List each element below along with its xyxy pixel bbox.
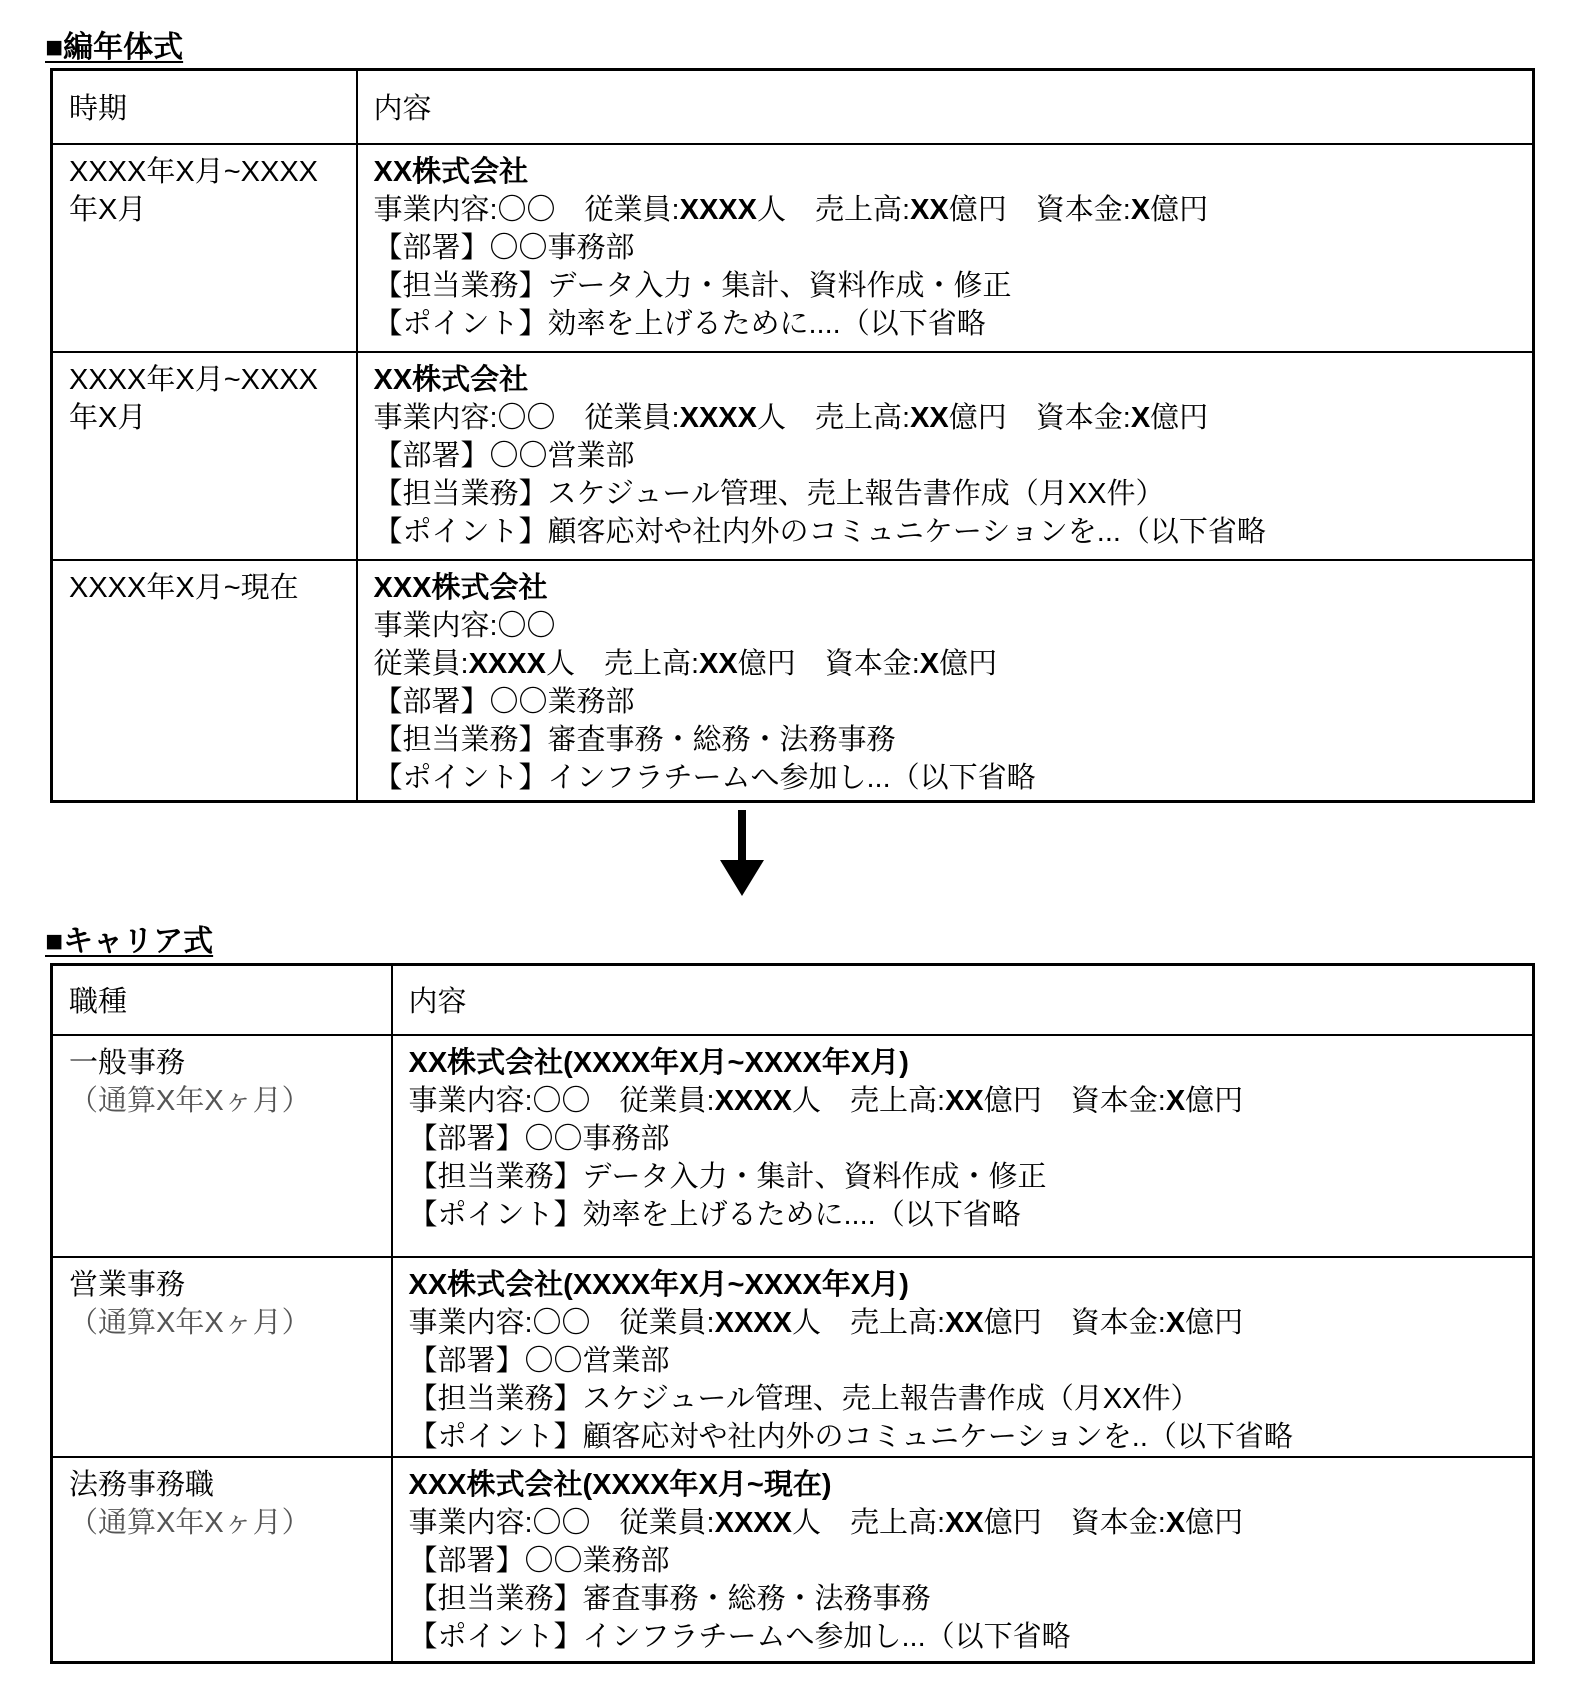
- content-cell: XX株式会社事業内容:〇〇 従業員:XXXX人 売上高:XX億円 資本金:X億円…: [357, 352, 1534, 560]
- content-line: 事業内容:〇〇 従業員:XXXX人 売上高:XX億円 資本金:X億円: [374, 191, 1523, 229]
- content-line: XXX株式会社(XXXX年X月~現在): [409, 1466, 1523, 1504]
- content-line: 事業内容:〇〇 従業員:XXXX人 売上高:XX億円 資本金:X億円: [409, 1304, 1523, 1342]
- table-row: 営業事務（通算X年Xヶ月）XX株式会社(XXXX年X月~XXXX年X月)事業内容…: [52, 1257, 1534, 1457]
- content-line: 従業員:XXXX人 売上高:XX億円 資本金:X億円: [374, 645, 1523, 683]
- content-cell: XXX株式会社事業内容:〇〇従業員:XXXX人 売上高:XX億円 資本金:X億円…: [357, 560, 1534, 802]
- period-cell: XXXX年X月~XXXX年X月: [52, 144, 357, 352]
- content-line: 【部署】〇〇営業部: [374, 437, 1523, 475]
- content-line: 【部署】〇〇事務部: [374, 229, 1523, 267]
- table-row: XXXX年X月~XXXX年X月XX株式会社事業内容:〇〇 従業員:XXXX人 売…: [52, 144, 1534, 352]
- content-line: 【ポイント】インフラチームへ参加し...（以下省略: [374, 759, 1523, 797]
- content-line: 【ポイント】インフラチームへ参加し...（以下省略: [409, 1618, 1523, 1656]
- content-line: 【担当業務】スケジュール管理、売上報告書作成（月XX件）: [374, 475, 1523, 513]
- content-line: 事業内容:〇〇 従業員:XXXX人 売上高:XX億円 資本金:X億円: [374, 399, 1523, 437]
- content-line: 【担当業務】審査事務・総務・法務事務: [374, 721, 1523, 759]
- tenure-label: （通算X年Xヶ月）: [69, 1082, 381, 1120]
- header-row: 時期内容: [52, 70, 1534, 144]
- table-row: XXXX年X月~XXXX年X月XX株式会社事業内容:〇〇 従業員:XXXX人 売…: [52, 352, 1534, 560]
- period-cell: XXXX年X月~現在: [52, 560, 357, 802]
- content-line: 事業内容:〇〇 従業員:XXXX人 売上高:XX億円 資本金:X億円: [409, 1504, 1523, 1542]
- content-line: 【ポイント】顧客応対や社内外のコミュニケーションを..（以下省略: [409, 1418, 1523, 1456]
- resume-format-document: ■編年体式 時期内容XXXX年X月~XXXX年X月XX株式会社事業内容:〇〇 従…: [0, 0, 1587, 1702]
- down-arrow-icon: [712, 810, 772, 896]
- row-label: 一般事務: [69, 1044, 381, 1082]
- career-table: 職種内容一般事務（通算X年Xヶ月）XX株式会社(XXXX年X月~XXXX年X月)…: [50, 963, 1535, 1664]
- chronological-table: 時期内容XXXX年X月~XXXX年X月XX株式会社事業内容:〇〇 従業員:XXX…: [50, 68, 1535, 803]
- column-header: 職種: [52, 965, 392, 1035]
- row-label: 法務事務職: [69, 1466, 381, 1504]
- tenure-label: （通算X年Xヶ月）: [69, 1304, 381, 1342]
- content-cell: XX株式会社(XXXX年X月~XXXX年X月)事業内容:〇〇 従業員:XXXX人…: [392, 1257, 1534, 1457]
- table-row: 一般事務（通算X年Xヶ月）XX株式会社(XXXX年X月~XXXX年X月)事業内容…: [52, 1035, 1534, 1257]
- content-line: 事業内容:〇〇 従業員:XXXX人 売上高:XX億円 資本金:X億円: [409, 1082, 1523, 1120]
- content-line: 事業内容:〇〇: [374, 607, 1523, 645]
- table-row: XXXX年X月~現在XXX株式会社事業内容:〇〇従業員:XXXX人 売上高:XX…: [52, 560, 1534, 802]
- content-line: XXX株式会社: [374, 569, 1523, 607]
- content-cell: XXX株式会社(XXXX年X月~現在)事業内容:〇〇 従業員:XXXX人 売上高…: [392, 1457, 1534, 1663]
- content-line: XX株式会社: [374, 153, 1523, 191]
- content-cell: XX株式会社事業内容:〇〇 従業員:XXXX人 売上高:XX億円 資本金:X億円…: [357, 144, 1534, 352]
- content-line: 【部署】〇〇事務部: [409, 1120, 1523, 1158]
- content-line: 【ポイント】効率を上げるために....（以下省略: [374, 305, 1523, 343]
- column-header: 時期: [52, 70, 357, 144]
- row-label: XXXX年X月~XXXX年X月: [69, 361, 346, 437]
- section-title-chronological: ■編年体式: [45, 22, 183, 66]
- period-cell: XXXX年X月~XXXX年X月: [52, 352, 357, 560]
- content-line: 【担当業務】スケジュール管理、売上報告書作成（月XX件）: [409, 1380, 1523, 1418]
- column-header: 内容: [357, 70, 1534, 144]
- content-line: 【担当業務】データ入力・集計、資料作成・修正: [409, 1158, 1523, 1196]
- tenure-label: （通算X年Xヶ月）: [69, 1504, 381, 1542]
- section-title-career: ■キャリア式: [45, 916, 213, 960]
- header-row: 職種内容: [52, 965, 1534, 1035]
- row-label: XXXX年X月~現在: [69, 569, 346, 607]
- content-line: XX株式会社(XXXX年X月~XXXX年X月): [409, 1266, 1523, 1304]
- content-line: 【部署】〇〇営業部: [409, 1342, 1523, 1380]
- row-label: 営業事務: [69, 1266, 381, 1304]
- content-line: 【ポイント】顧客応対や社内外のコミュニケーションを...（以下省略: [374, 513, 1523, 551]
- content-line: 【部署】〇〇業務部: [374, 683, 1523, 721]
- content-line: 【部署】〇〇業務部: [409, 1542, 1523, 1580]
- table-row: 法務事務職（通算X年Xヶ月）XXX株式会社(XXXX年X月~現在)事業内容:〇〇…: [52, 1457, 1534, 1663]
- column-header: 内容: [392, 965, 1534, 1035]
- content-line: 【担当業務】データ入力・集計、資料作成・修正: [374, 267, 1523, 305]
- content-line: XX株式会社: [374, 361, 1523, 399]
- job-type-cell: 法務事務職（通算X年Xヶ月）: [52, 1457, 392, 1663]
- content-cell: XX株式会社(XXXX年X月~XXXX年X月)事業内容:〇〇 従業員:XXXX人…: [392, 1035, 1534, 1257]
- content-line: 【担当業務】審査事務・総務・法務事務: [409, 1580, 1523, 1618]
- job-type-cell: 一般事務（通算X年Xヶ月）: [52, 1035, 392, 1257]
- content-line: XX株式会社(XXXX年X月~XXXX年X月): [409, 1044, 1523, 1082]
- content-line: 【ポイント】効率を上げるために....（以下省略: [409, 1196, 1523, 1234]
- job-type-cell: 営業事務（通算X年Xヶ月）: [52, 1257, 392, 1457]
- row-label: XXXX年X月~XXXX年X月: [69, 153, 346, 229]
